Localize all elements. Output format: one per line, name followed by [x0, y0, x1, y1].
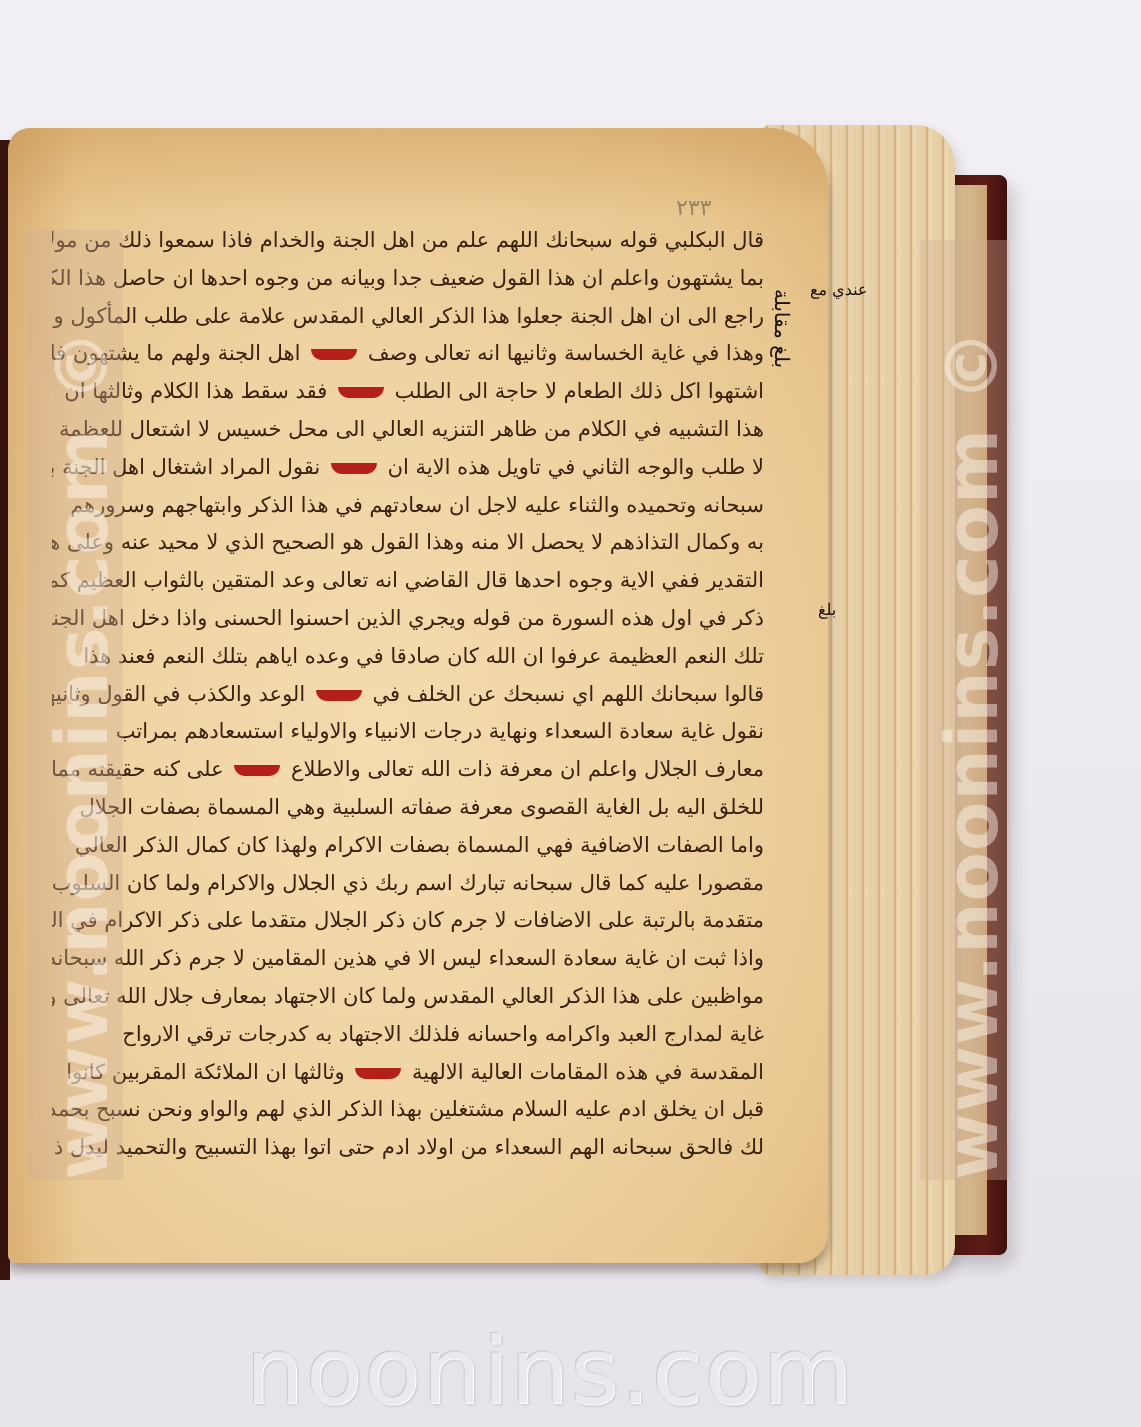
- manuscript-line: واذا ثبت ان غاية سعادة السعداء ليس الا ف…: [52, 940, 764, 978]
- manuscript-line: مقصورا عليه كما قال سبحانه تبارك اسم ربك…: [52, 865, 764, 903]
- rubric-mark: [331, 463, 377, 474]
- manuscript-line: بما يشتهون واعلم ان هذا القول ضعيف جدا و…: [52, 260, 764, 298]
- manuscript-line: هذا التشبيه في الكلام من ظاهر التنزيه ال…: [52, 411, 764, 449]
- watermark-bottom: noonins.com: [200, 1318, 900, 1425]
- manuscript-line: المقدسة في هذه المقامات العالية الالهية …: [52, 1054, 764, 1092]
- rubric-mark: [355, 1068, 401, 1079]
- manuscript-line: قبل ان يخلق ادم عليه السلام مشتغلين بهذا…: [52, 1091, 764, 1129]
- manuscript-text-block: قال البكلبي قوله سبحانك اللهم علم من اهل…: [52, 222, 764, 1167]
- manuscript-line: واما الصفات الاضافية فهي المسماة بصفات ا…: [52, 827, 764, 865]
- rubric-mark: [234, 765, 280, 776]
- manuscript-line: غاية لمدارج العبد واكرامه واحسانه فلذلك …: [52, 1016, 764, 1054]
- margin-note-1: عندي مع: [810, 280, 867, 299]
- manuscript-line: متقدمة بالرتبة على الاضافات لا جرم كان ذ…: [52, 902, 764, 940]
- manuscript-line: للخلق اليه بل الغاية القصوى معرفة صفاته …: [52, 789, 764, 827]
- watermark-left: www.noonins.com ©: [40, 329, 124, 1180]
- margin-note-2: بلغ: [818, 600, 836, 619]
- manuscript-line: وهذا في غاية الخساسة وثانيها انه تعالى و…: [52, 335, 764, 373]
- manuscript-line: قالوا سبحانك اللهم اي نسبحك عن الخلف في …: [52, 676, 764, 714]
- rubric-mark: [316, 690, 362, 701]
- manuscript-line: سبحانه وتحميده والثناء عليه لاجل ان سعاد…: [52, 487, 764, 525]
- manuscript-line: راجع الى ان اهل الجنة جعلوا هذا الذكر ال…: [52, 298, 764, 336]
- folio-number: ٢٣٣: [676, 196, 711, 221]
- rubric-mark: [338, 387, 384, 398]
- manuscript-line: لا طلب والوجه الثاني في تاويل هذه الاية …: [52, 449, 764, 487]
- manuscript-photo: ٢٣٣ بلغ مقابلة عندي مع بلغ قال البكلبي ق…: [0, 0, 1141, 1427]
- manuscript-line: مواظبين على هذا الذكر العالي المقدس ولما…: [52, 978, 764, 1016]
- manuscript-line: ذكر في اول هذه السورة من قوله ويجري الذي…: [52, 600, 764, 638]
- manuscript-line: لك فالحق سبحانه الهم السعداء من اولاد اد…: [52, 1129, 764, 1167]
- watermark-right: www.noonins.com ©: [930, 329, 1014, 1180]
- rubric-mark: [311, 349, 357, 360]
- manuscript-line: تلك النعم العظيمة عرفوا ان الله كان صادق…: [52, 638, 764, 676]
- manuscript-line: به وكمال التذاذهم لا يحصل الا منه وهذا ا…: [52, 524, 764, 562]
- manuscript-line: معارف الجلال واعلم ان معرفة ذات الله تعا…: [52, 751, 764, 789]
- manuscript-line: اشتهوا اكل ذلك الطعام لا حاجة الى الطلب …: [52, 373, 764, 411]
- manuscript-line: نقول غاية سعادة السعداء ونهاية درجات الا…: [52, 713, 764, 751]
- margin-note-vertical: بلغ مقابلة: [770, 168, 794, 368]
- manuscript-line: التقدير ففي الاية وجوه احدها قال القاضي …: [52, 562, 764, 600]
- manuscript-line: قال البكلبي قوله سبحانك اللهم علم من اهل…: [52, 222, 764, 260]
